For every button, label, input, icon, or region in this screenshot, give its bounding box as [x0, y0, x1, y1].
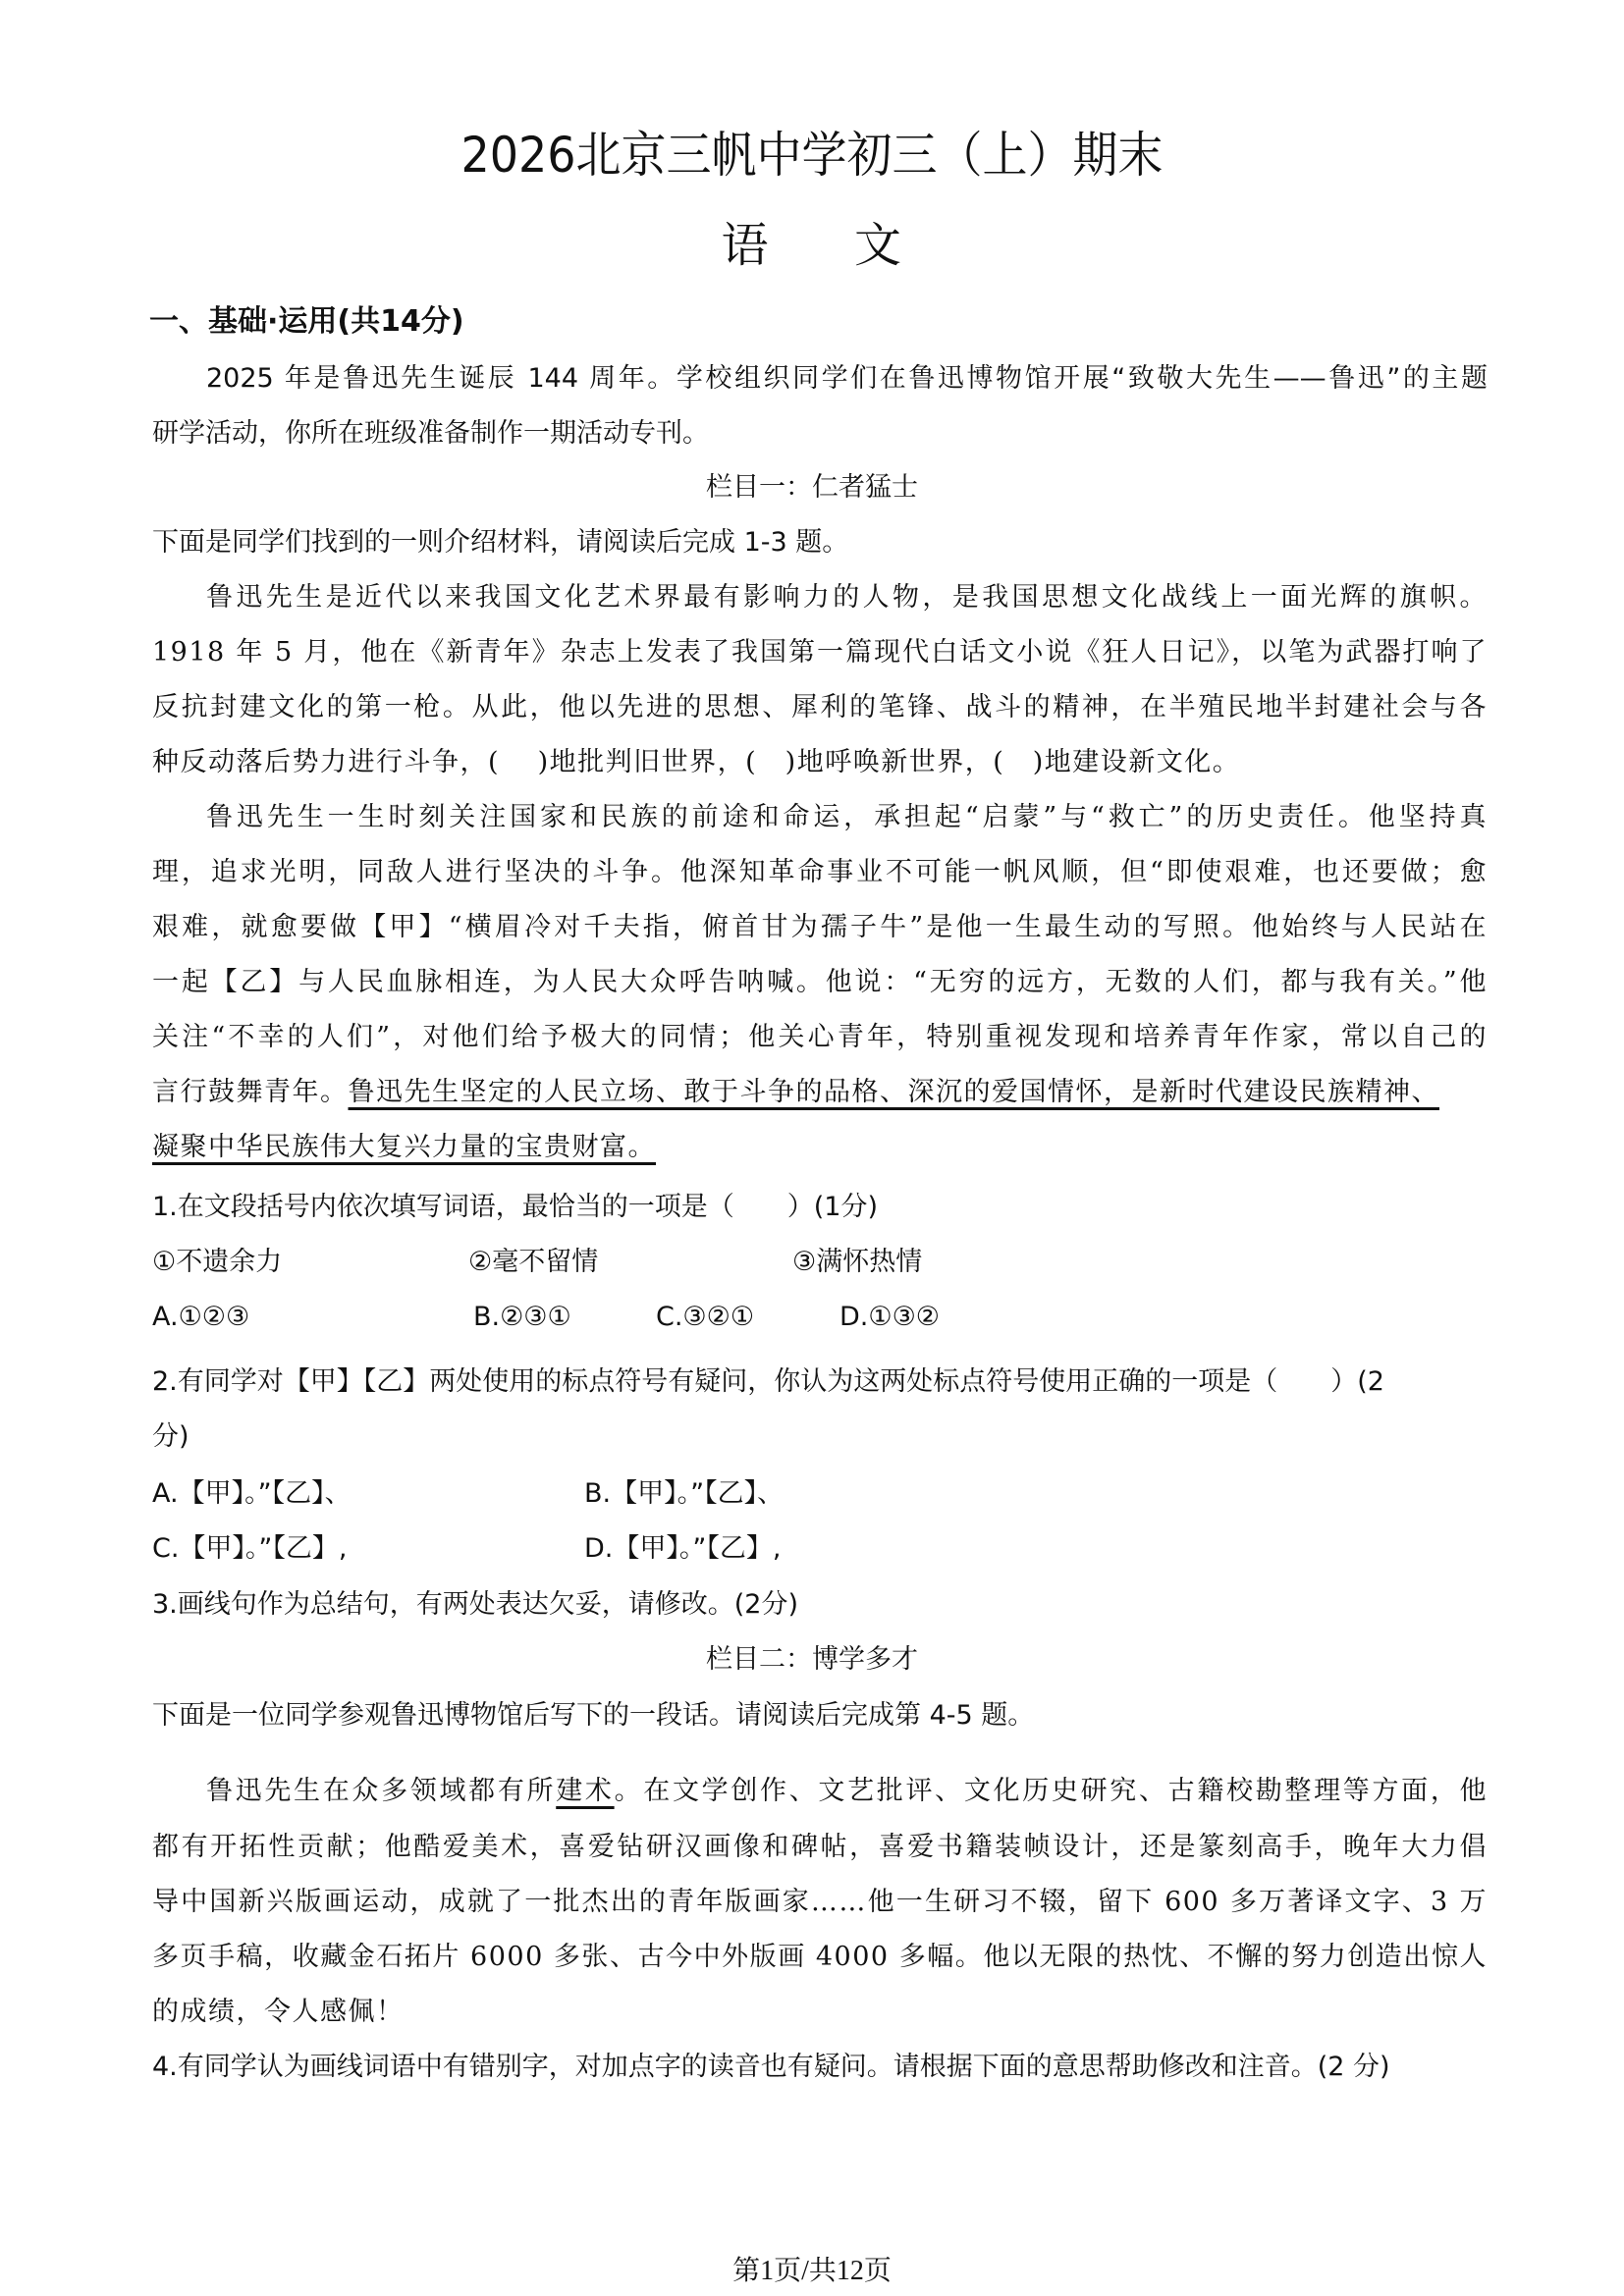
- subject-char-1: 语: [721, 218, 770, 273]
- q2-option-b: B.【甲】。”【乙】、: [584, 1476, 784, 1512]
- q1-option-b: B.②③①: [473, 1300, 571, 1335]
- question-2-options-row-2: C.【甲】。”【乙】, D.【甲】。”【乙】,: [152, 1531, 1488, 1567]
- exam-title: 2026北京三帆中学初三（上）期末: [65, 126, 1559, 185]
- paragraph2-line-1: 鲁迅先生一生时刻关注国家和民族的前途和命运，承担起“启蒙”与“救亡”的历史责任。…: [206, 800, 1488, 835]
- subject-char-2: 文: [854, 218, 903, 273]
- q2-option-a: A.【甲】。”【乙】、: [152, 1476, 352, 1512]
- underlined-word: 建术: [556, 1776, 614, 1806]
- paragraph3-line-4: 多页手稿，收藏金石拓片 6000 多张、古今中外版画 4000 多幅。他以无限的…: [152, 1940, 1488, 1975]
- paragraph2-line-2: 理，追求光明，同敌人进行坚决的斗争。他深知革命事业不可能一帆风顺，但“即使艰难，…: [152, 855, 1488, 890]
- word-option-3: ③满怀热情: [792, 1245, 922, 1280]
- q2-option-c: C.【甲】。”【乙】,: [152, 1531, 348, 1567]
- paragraph2-line-7: 凝聚中华民族伟大复兴力量的宝贵财富。: [152, 1130, 1488, 1165]
- paragraph2-line-4: 一起【乙】与人民血脉相连，为人民大众呼告呐喊。他说：“无穷的远方，无数的人们，都…: [152, 965, 1488, 1000]
- q2-option-d: D.【甲】。”【乙】,: [584, 1531, 781, 1567]
- question-1-options: A.①②③ B.②③① C.③②① D.①③②: [152, 1300, 1488, 1335]
- exam-page: 2026北京三帆中学初三（上）期末 语文 一、基础·运用(共14分) 2025 …: [0, 0, 1624, 2296]
- plain-text: 言行鼓舞青年。: [152, 1077, 349, 1107]
- underlined-summary-sentence-part-1: 鲁迅先生坚定的人民立场、敢于斗争的品格、深沉的爱国情怀，是新时代建设民族精神、: [349, 1077, 1440, 1107]
- paragraph3-line-2: 都有开拓性贡献；他酷爱美术，喜爱钻研汉画像和碑帖，喜爱书籍装帧设计，还是篆刻高手…: [152, 1830, 1488, 1865]
- paragraph2-line-3: 艰难，就愈要做【甲】“横眉冷对千夫指，俯首甘为孺子牛”是他一生最生动的写照。他始…: [152, 910, 1488, 945]
- text-after-underlined-word: 。在文学创作、文艺批评、文化历史研究、古籍校勘整理等方面，他: [615, 1776, 1488, 1806]
- intro-line-2: 研学活动，你所在班级准备制作一期活动专刊。: [152, 416, 1488, 452]
- column1-lead: 下面是同学们找到的一则介绍材料，请阅读后完成 1-3 题。: [152, 525, 1488, 561]
- paragraph3-line-5: 的成绩，令人感佩！: [152, 1995, 1488, 2030]
- q1-option-a: A.①②③: [152, 1300, 249, 1335]
- column2-lead: 下面是一位同学参观鲁迅博物馆后写下的一段话。请阅读后完成第 4-5 题。: [152, 1698, 1488, 1734]
- paragraph3-line-3: 导中国新兴版画运动，成就了一批杰出的青年版画家……他一生研习不辍，留下 600 …: [152, 1885, 1488, 1920]
- question-4-stem: 4.有同学认为画线词语中有错别字，对加点字的读音也有疑问。请根据下面的意思帮助修…: [152, 2050, 1488, 2085]
- column1-title: 栏目一：仁者猛士: [0, 470, 1624, 506]
- word-option-1: ①不遗余力: [152, 1245, 282, 1280]
- paragraph1-line-1: 鲁迅先生是近代以来我国文化艺术界最有影响力的人物，是我国思想文化战线上一面光辉的…: [206, 580, 1488, 615]
- paragraph2-line-5: 关注“不幸的人们”，对他们给予极大的同情；他关心青年，特别重视发现和培养青年作家…: [152, 1020, 1488, 1055]
- question-2-stem-line-1: 2.有同学对【甲】【乙】两处使用的标点符号有疑问，你认为这两处标点符号使用正确的…: [152, 1364, 1488, 1400]
- question-2-stem-line-2: 分): [152, 1419, 1488, 1455]
- q1-option-d: D.①③②: [839, 1300, 940, 1335]
- underlined-summary-sentence-part-2: 凝聚中华民族伟大复兴力量的宝贵财富。: [152, 1132, 656, 1162]
- section-heading: 一、基础·运用(共14分): [149, 304, 1485, 340]
- question-2-options-row-1: A.【甲】。”【乙】、 B.【甲】。”【乙】、: [152, 1476, 1488, 1512]
- column2-title: 栏目二：博学多才: [0, 1642, 1624, 1678]
- text-before-underlined-word: 鲁迅先生在众多领域都有所: [206, 1776, 556, 1806]
- word-option-2: ②毫不留情: [468, 1245, 598, 1280]
- subject-title: 语文: [0, 218, 1624, 273]
- paragraph1-line-2: 1918 年 5 月，他在《新青年》杂志上发表了我国第一篇现代白话文小说《狂人日…: [152, 635, 1488, 670]
- paragraph1-line-4: 种反动落后势力进行斗争，( )地批判旧世界，( )地呼唤新世界，( )地建设新文…: [152, 745, 1488, 780]
- question-1-stem: 1.在文段括号内依次填写词语，最恰当的一项是（ ）(1分): [152, 1190, 1488, 1225]
- question-1-words: ①不遗余力 ②毫不留情 ③满怀热情: [152, 1245, 1488, 1280]
- page-indicator: 第1页/共12页: [0, 2256, 1624, 2287]
- paragraph3-line-1: 鲁迅先生在众多领域都有所建术。在文学创作、文艺批评、文化历史研究、古籍校勘整理等…: [206, 1774, 1488, 1809]
- question-3-stem: 3.画线句作为总结句，有两处表达欠妥，请修改。(2分): [152, 1587, 1488, 1623]
- intro-line-1: 2025 年是鲁迅先生诞辰 144 周年。学校组织同学们在鲁迅博物馆开展“致敬大…: [206, 361, 1488, 397]
- paragraph2-line-6: 言行鼓舞青年。鲁迅先生坚定的人民立场、敢于斗争的品格、深沉的爱国情怀，是新时代建…: [152, 1075, 1488, 1110]
- paragraph1-line-3: 反抗封建文化的第一枪。从此，他以先进的思想、犀利的笔锋、战斗的精神，在半殖民地半…: [152, 690, 1488, 725]
- q1-option-c: C.③②①: [656, 1300, 754, 1335]
